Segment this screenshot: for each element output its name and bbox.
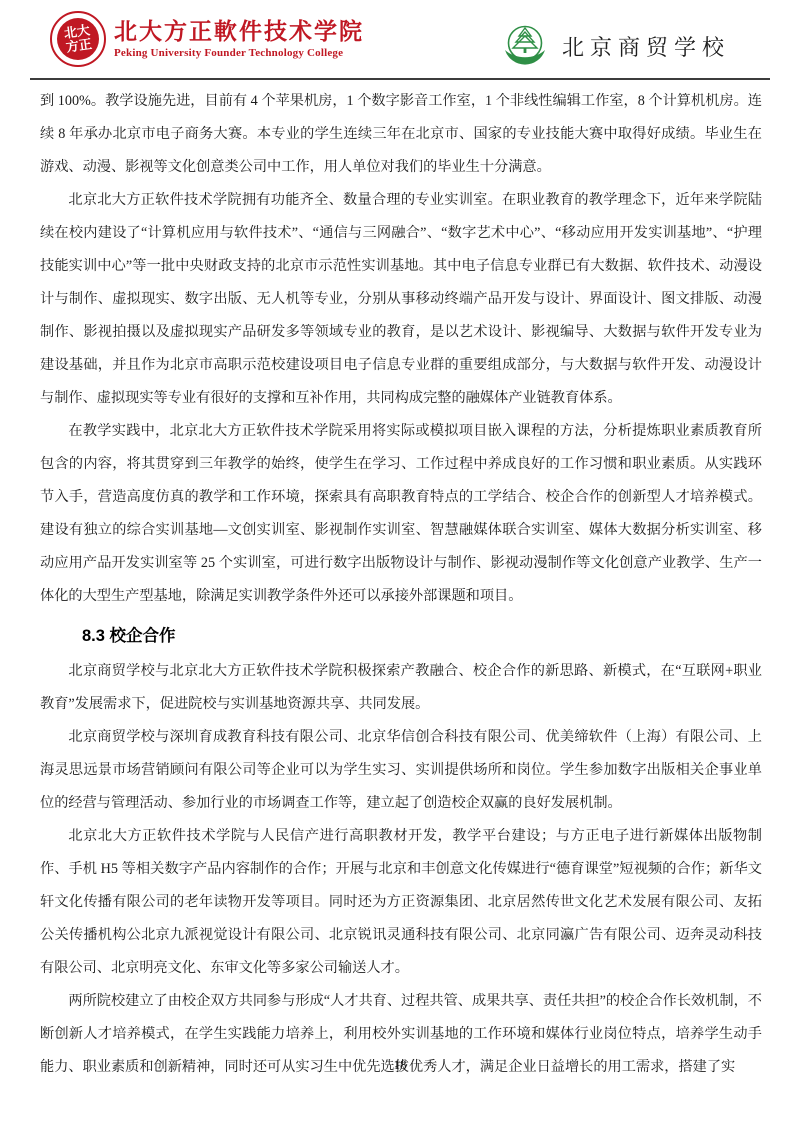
founder-college-name-en: Peking University Founder Technology Col… [114,47,364,59]
paragraph-4: 北京商贸学校与北京北大方正软件技术学院积极探索产教融合、校企合作的新思路、新模式… [40,655,762,721]
founder-seal-icon: 北大方正 [50,11,106,67]
commerce-school-logo: 北京商贸学校 [500,21,770,71]
seal-text: 北大方正 [62,23,94,55]
founder-college-name-cn: 北大方正軟件技术学院 [114,19,364,44]
paragraph-2: 北京北大方正软件技术学院拥有功能齐全、数量合理的专业实训室。在职业教育的教学理念… [40,184,762,415]
paragraph-3: 在教学实践中，北京北大方正软件技术学院采用将实际或模拟项目嵌入课程的方法，分析提… [40,415,762,613]
document-body: 到 100%。教学设施先进，目前有 4 个苹果机房，1 个数字影音工作室，1 个… [40,80,762,1084]
page-header: 北大方正 北大方正軟件技术学院 Peking University Founde… [30,0,770,80]
paragraph-6: 北京北大方正软件技术学院与人民信产进行高职教材开发，教学平台建设；与方正电子进行… [40,820,762,985]
page-footer: 18 [0,1057,800,1073]
page-number: 18 [394,1057,407,1072]
founder-college-logo: 北大方正 北大方正軟件技术学院 Peking University Founde… [30,11,364,67]
paragraph-1: 到 100%。教学设施先进，目前有 4 个苹果机房，1 个数字影音工作室，1 个… [40,85,762,184]
section-heading-8-3: 8.3 校企合作 [40,621,762,651]
paragraph-5: 北京商贸学校与深圳育成教育科技有限公司、北京华信创合科技有限公司、优美缔软件（上… [40,721,762,820]
pine-tree-emblem-icon [500,21,550,71]
commerce-school-name: 北京商贸学校 [562,31,730,62]
document-page: 北大方正 北大方正軟件技术学院 Peking University Founde… [0,0,800,1131]
